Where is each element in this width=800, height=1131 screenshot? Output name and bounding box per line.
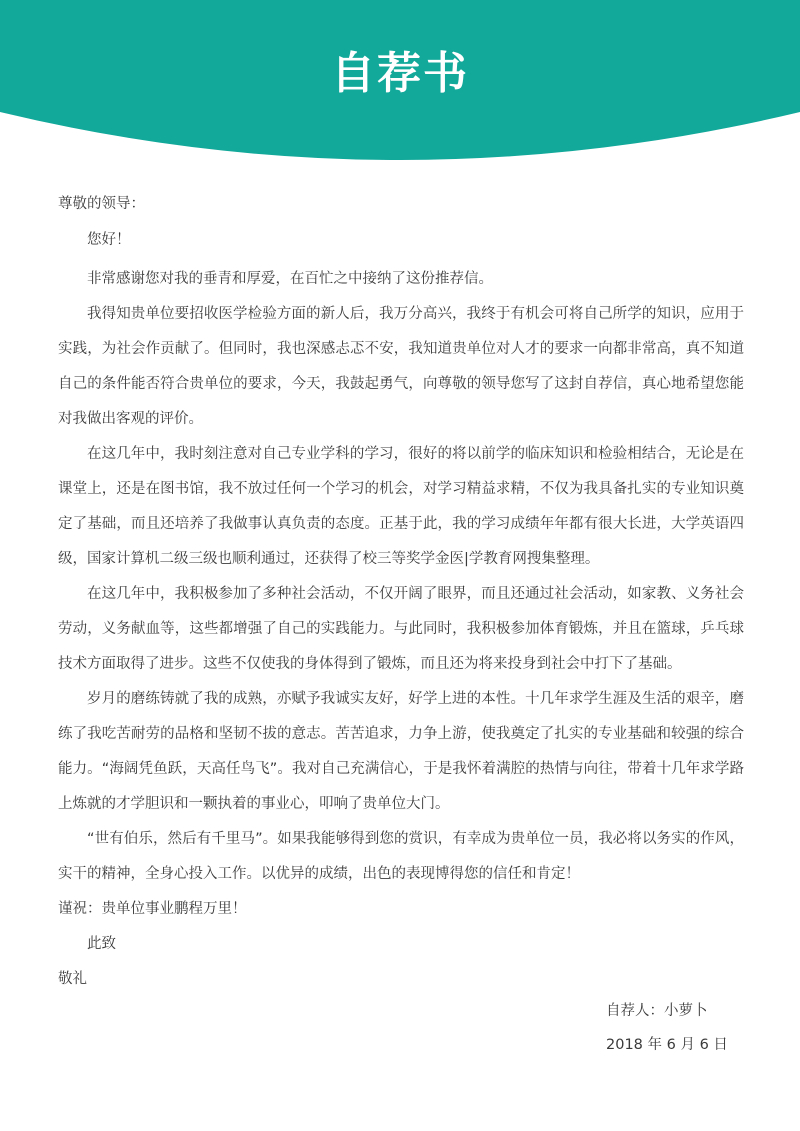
signature-author: 自荐人：小萝卜 [606,994,728,1028]
wishes: 谨祝：贵单位事业鹏程万里！ [58,892,744,927]
header-banner: 自荐书 [0,0,800,160]
paragraph-conclusion: “世有伯乐，然后有千里马”。如果我能够得到您的赏识，有幸成为贵单位一员，我必将以… [58,822,744,892]
paragraph-intro: 我得知贵单位要招收医学检验方面的新人后，我万分高兴，我终于有机会可将自己所学的知… [58,297,744,437]
closing-jingli: 敬礼 [58,962,744,997]
greeting: 您好！ [58,226,744,254]
paragraph-study: 在这几年中，我时刻注意对自己专业学科的学习，很好的将以前学的临床知识和检验相结合… [58,437,744,577]
signature-block: 自荐人：小萝卜 2018 年 6 月 6 日 [606,994,728,1062]
paragraph-activities: 在这几年中，我积极参加了多种社会活动，不仅开阔了眼界，而且还通过社会活动，如家教… [58,577,744,682]
paragraph-thanks: 非常感谢您对我的垂青和厚爱，在百忙之中接纳了这份推荐信。 [58,262,744,297]
paragraph-character: 岁月的磨练铸就了我的成熟，亦赋予我诚实友好，好学上进的本性。十几年求学生涯及生活… [58,682,744,822]
closing-cizhi: 此致 [58,927,744,962]
salutation: 尊敬的领导： [58,190,744,218]
page-title: 自荐书 [0,44,800,104]
signature-date: 2018 年 6 月 6 日 [606,1028,728,1062]
letter-body: 尊敬的领导： 您好！ 非常感谢您对我的垂青和厚爱，在百忙之中接纳了这份推荐信。 … [58,190,744,997]
